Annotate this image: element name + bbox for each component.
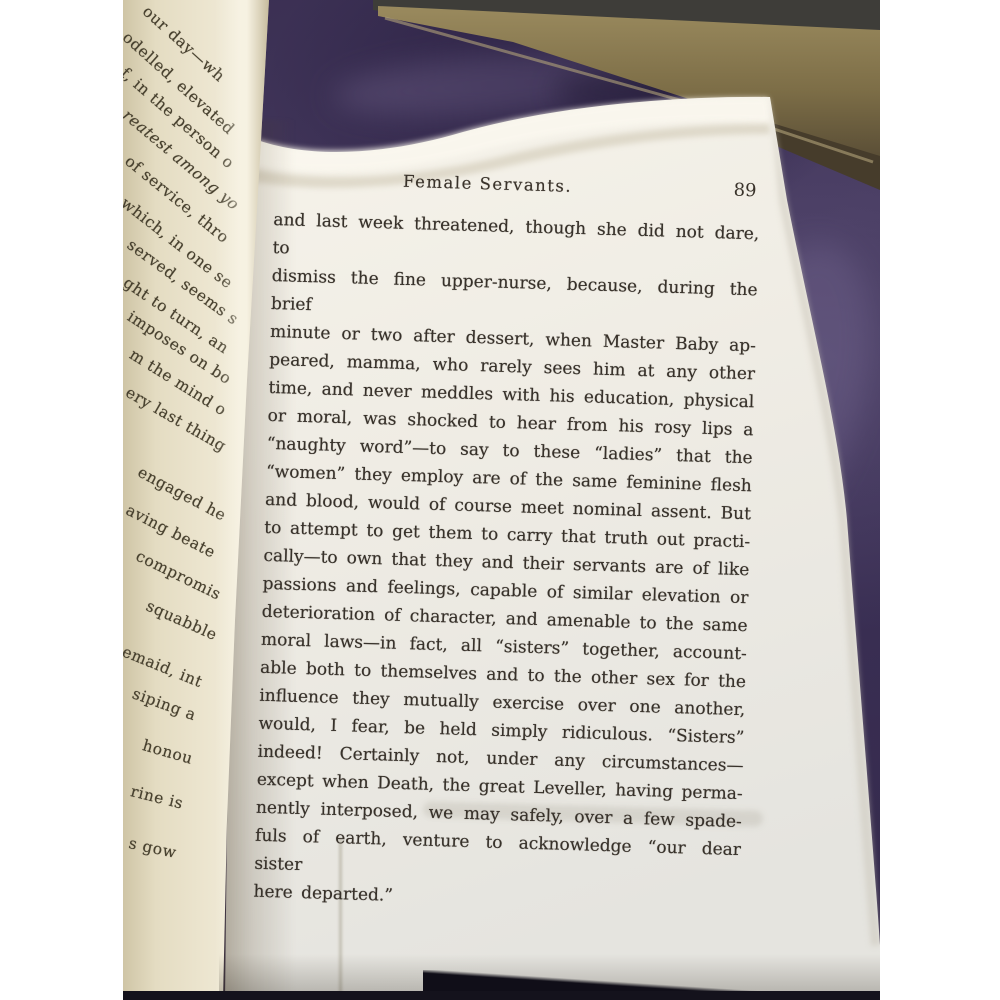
body-text: and last week threatened, though she did… [253, 206, 760, 920]
left-page-fragment: s gow [127, 834, 178, 862]
right-page-text: Female Servants. 89 and last week threat… [253, 168, 761, 920]
left-page-fragment: siping a [130, 685, 199, 725]
book-photo: our day—whodelled, elevatedf, in the per… [123, 0, 880, 1000]
left-page-fragment: honou [141, 736, 196, 768]
page-number: 89 [733, 180, 757, 202]
photo-bottom-edge [123, 991, 880, 1000]
left-page-fragment: squabble [143, 597, 220, 644]
left-page-fragment: rine is [129, 782, 185, 812]
